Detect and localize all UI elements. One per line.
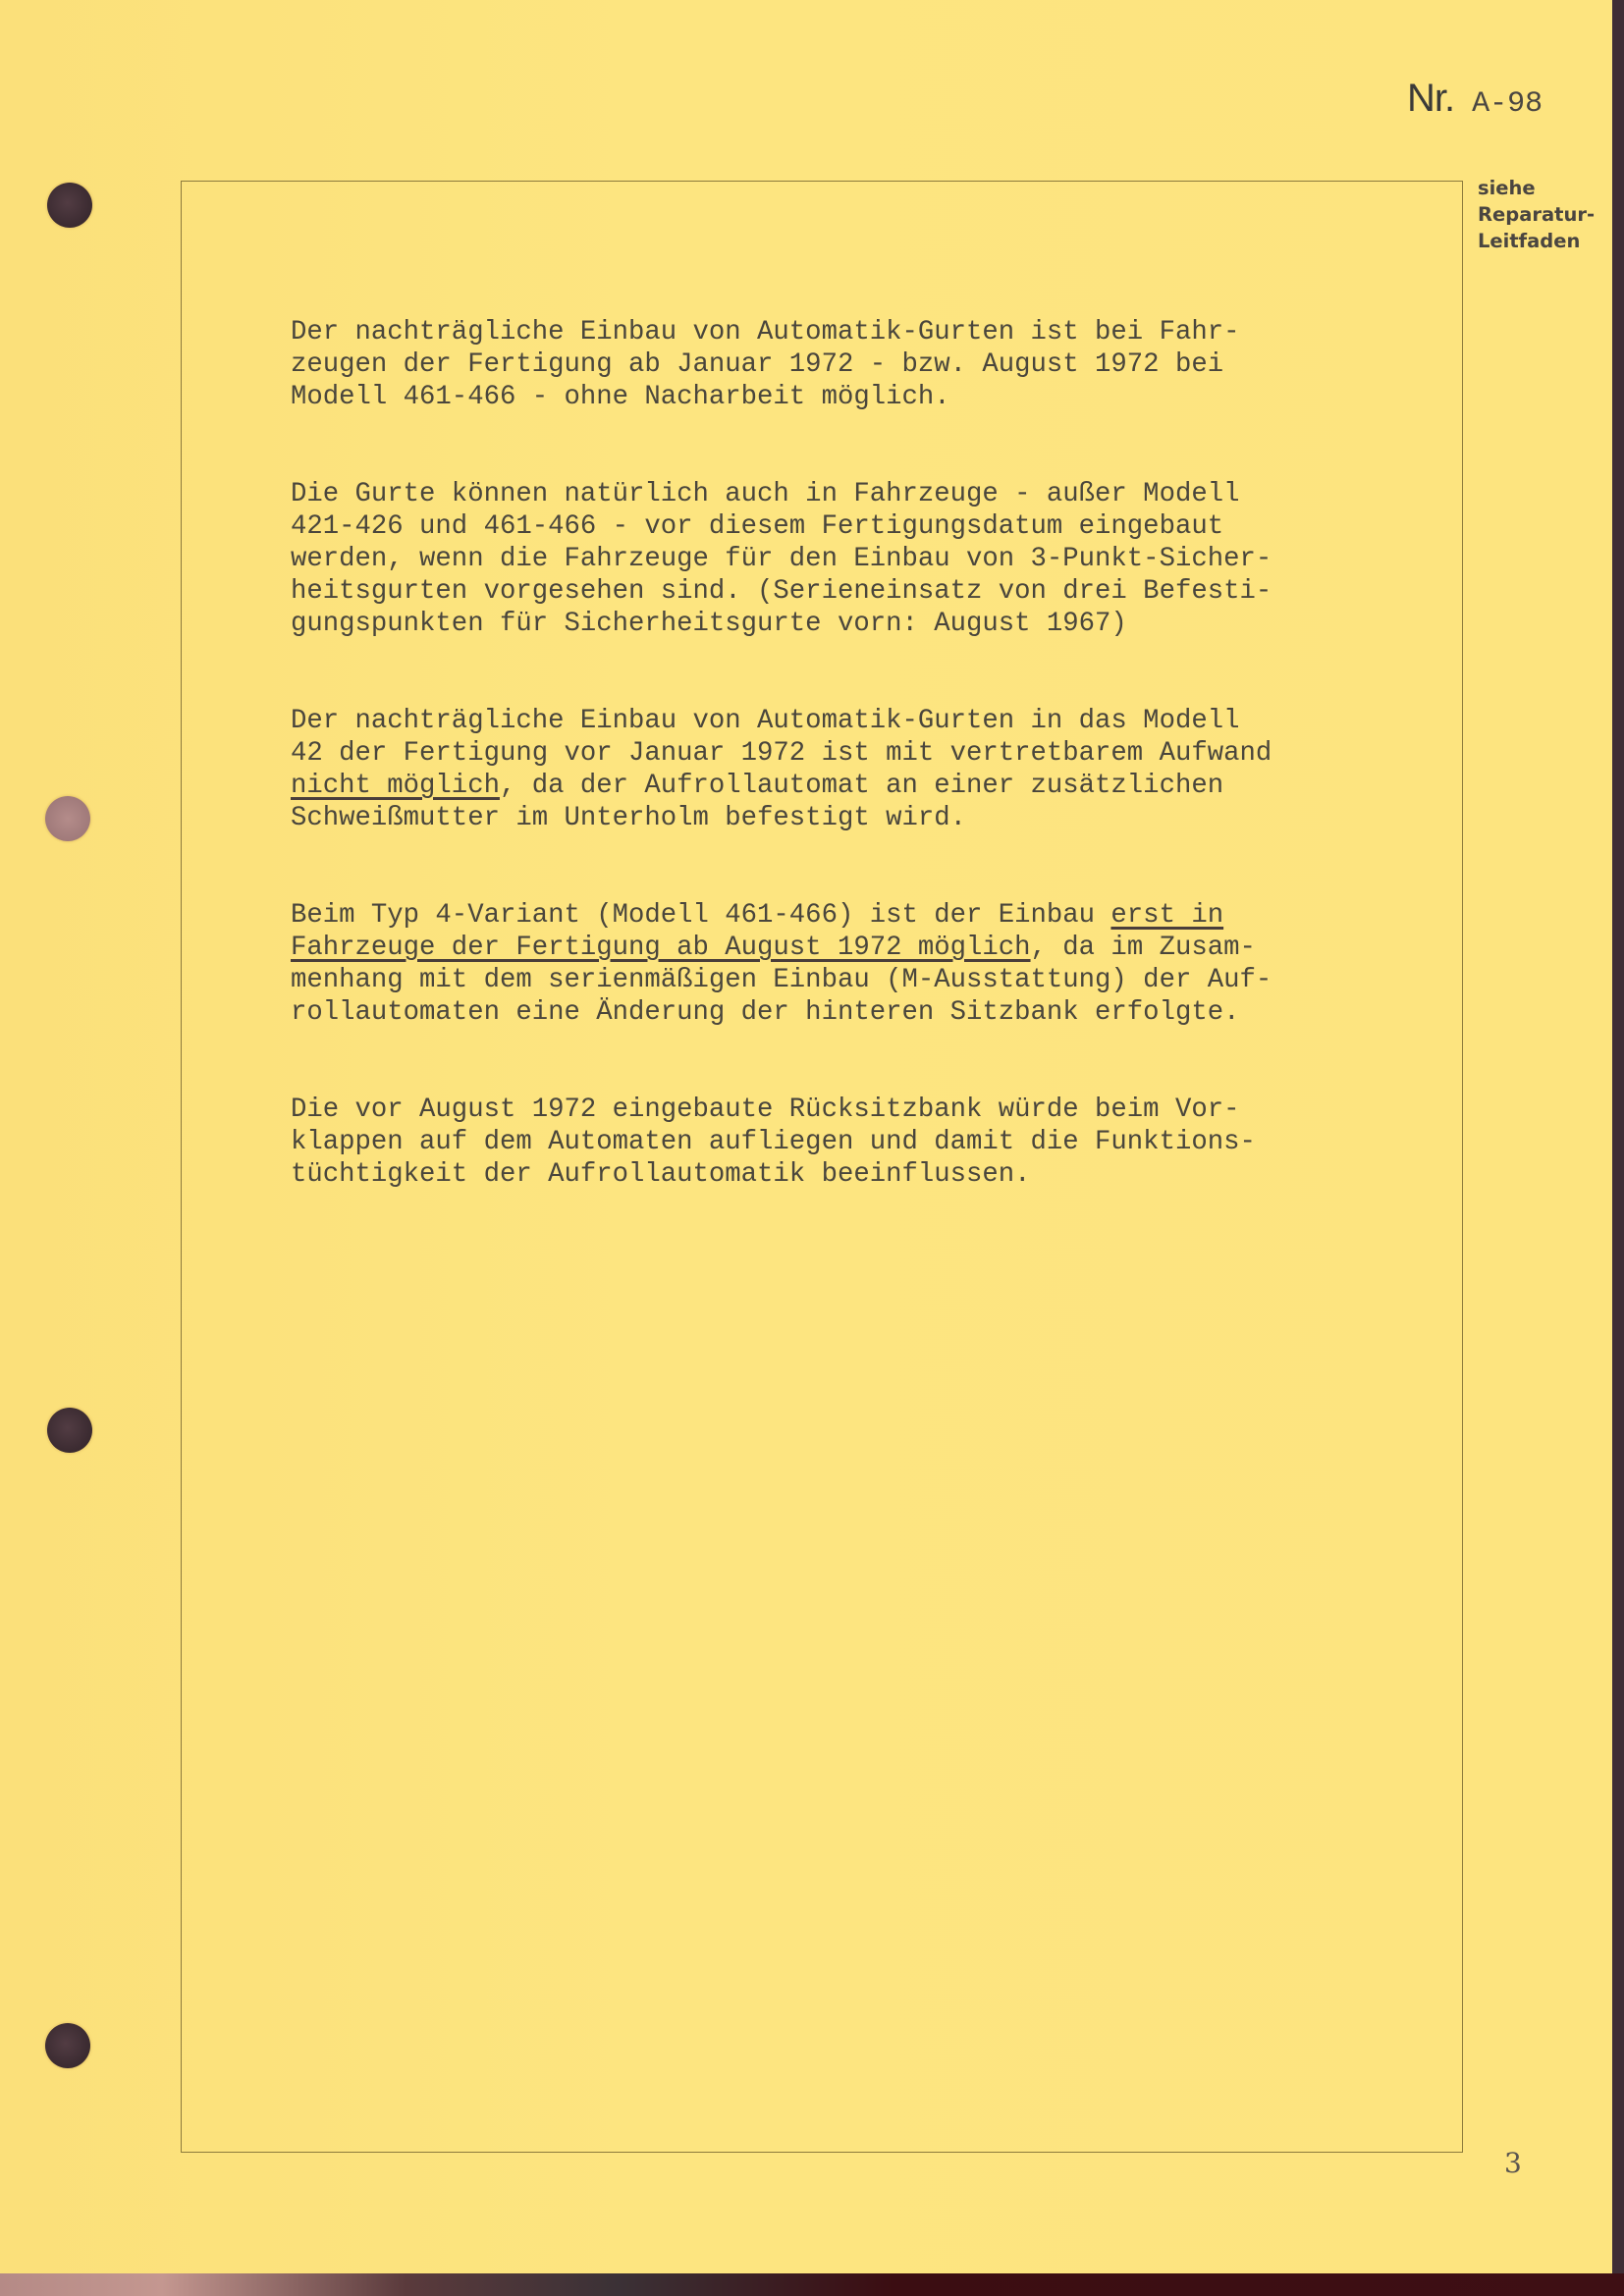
text-segment: Die vor August 1972 eingebaute Rücksitzb… — [291, 1095, 1239, 1125]
paragraph-1: Der nachträgliche Einbau von Automatik-G… — [291, 316, 1410, 413]
text-line: werden, wenn die Fahrzeuge für den Einba… — [291, 543, 1410, 575]
document-number: Nr. A-98 — [1407, 77, 1543, 126]
punch-hole-3 — [47, 1408, 92, 1453]
number-label: Nr. — [1407, 77, 1454, 121]
side-note: siehe Reparatur- Leitfaden — [1478, 175, 1605, 254]
text-line: Die Gurte können natürlich auch in Fahrz… — [291, 478, 1410, 510]
text-segment: 421-426 und 461-466 - vor diesem Fertigu… — [291, 511, 1223, 542]
text-line: Der nachträgliche Einbau von Automatik-G… — [291, 705, 1410, 737]
paragraph-2: Die Gurte können natürlich auch in Fahrz… — [291, 478, 1410, 640]
text-line: Die vor August 1972 eingebaute Rücksitzb… — [291, 1094, 1410, 1126]
punch-hole-4 — [45, 2023, 90, 2068]
text-line: Schweißmutter im Unterholm befestigt wir… — [291, 802, 1410, 834]
text-line: gungspunkten für Sicherheitsgurte vorn: … — [291, 608, 1410, 640]
text-line: klappen auf dem Automaten aufliegen und … — [291, 1126, 1410, 1158]
text-line: Der nachträgliche Einbau von Automatik-G… — [291, 316, 1410, 348]
text-segment: , da im Zusam- — [1031, 933, 1256, 963]
punch-hole-1 — [47, 183, 92, 228]
scan-edge-bottom — [0, 2273, 1624, 2296]
scan-edge-right — [1612, 0, 1624, 2296]
text-segment: rollautomaten eine Änderung der hinteren… — [291, 997, 1239, 1028]
text-line: heitsgurten vorgesehen sind. (Serieneins… — [291, 575, 1410, 608]
paragraph-3: Der nachträgliche Einbau von Automatik-G… — [291, 705, 1410, 834]
text-segment: menhang mit dem serienmäßigen Einbau (M-… — [291, 965, 1272, 995]
text-line: 42 der Fertigung vor Januar 1972 ist mit… — [291, 737, 1410, 770]
text-segment: 42 der Fertigung vor Januar 1972 ist mit… — [291, 738, 1272, 769]
text-segment: gungspunkten für Sicherheitsgurte vorn: … — [291, 609, 1127, 639]
text-line: nicht möglich, da der Aufrollautomat an … — [291, 770, 1410, 802]
text-segment: Der nachträgliche Einbau von Automatik-G… — [291, 706, 1239, 736]
paragraph-4: Beim Typ 4-Variant (Modell 461-466) ist … — [291, 899, 1410, 1029]
page-number: 3 — [1504, 2147, 1522, 2179]
text-line: Modell 461-466 - ohne Nacharbeit möglich… — [291, 381, 1410, 413]
side-note-line: siehe — [1478, 175, 1605, 201]
text-segment: werden, wenn die Fahrzeuge für den Einba… — [291, 544, 1272, 574]
text-segment: Schweißmutter im Unterholm befestigt wir… — [291, 803, 966, 833]
text-segment: zeugen der Fertigung ab Januar 1972 - bz… — [291, 349, 1223, 380]
text-segment: Modell 461-466 - ohne Nacharbeit möglich… — [291, 382, 950, 412]
text-segment: , da der Aufrollautomat an einer zusätzl… — [500, 771, 1223, 801]
text-line: Beim Typ 4-Variant (Modell 461-466) ist … — [291, 899, 1410, 932]
underlined-text: erst in — [1110, 900, 1223, 931]
body-text: Der nachträgliche Einbau von Automatik-G… — [291, 316, 1410, 1191]
underlined-text: Fahrzeuge der Fertigung ab August 1972 m… — [291, 933, 1031, 963]
side-note-line: Leitfaden — [1478, 228, 1605, 254]
side-note-line: Reparatur- — [1478, 201, 1605, 228]
text-segment: Die Gurte können natürlich auch in Fahrz… — [291, 479, 1239, 509]
text-segment: klappen auf dem Automaten aufliegen und … — [291, 1127, 1256, 1157]
text-line: Fahrzeuge der Fertigung ab August 1972 m… — [291, 932, 1410, 964]
text-segment: Beim Typ 4-Variant (Modell 461-466) ist … — [291, 900, 1110, 931]
text-line: 421-426 und 461-466 - vor diesem Fertigu… — [291, 510, 1410, 543]
underlined-text: nicht möglich — [291, 771, 500, 801]
text-line: rollautomaten eine Änderung der hinteren… — [291, 996, 1410, 1029]
number-value: A-98 — [1472, 87, 1543, 121]
text-line: menhang mit dem serienmäßigen Einbau (M-… — [291, 964, 1410, 996]
paragraph-5: Die vor August 1972 eingebaute Rücksitzb… — [291, 1094, 1410, 1191]
punch-hole-2 — [45, 796, 90, 841]
text-segment: heitsgurten vorgesehen sind. (Serieneins… — [291, 576, 1272, 607]
document-page: Nr. A-98 siehe Reparatur- Leitfaden Der … — [0, 0, 1612, 2273]
text-line: zeugen der Fertigung ab Januar 1972 - bz… — [291, 348, 1410, 381]
text-segment: Der nachträgliche Einbau von Automatik-G… — [291, 317, 1239, 347]
text-line: tüchtigkeit der Aufrollautomatik beeinfl… — [291, 1158, 1410, 1191]
text-segment: tüchtigkeit der Aufrollautomatik beeinfl… — [291, 1159, 1031, 1190]
